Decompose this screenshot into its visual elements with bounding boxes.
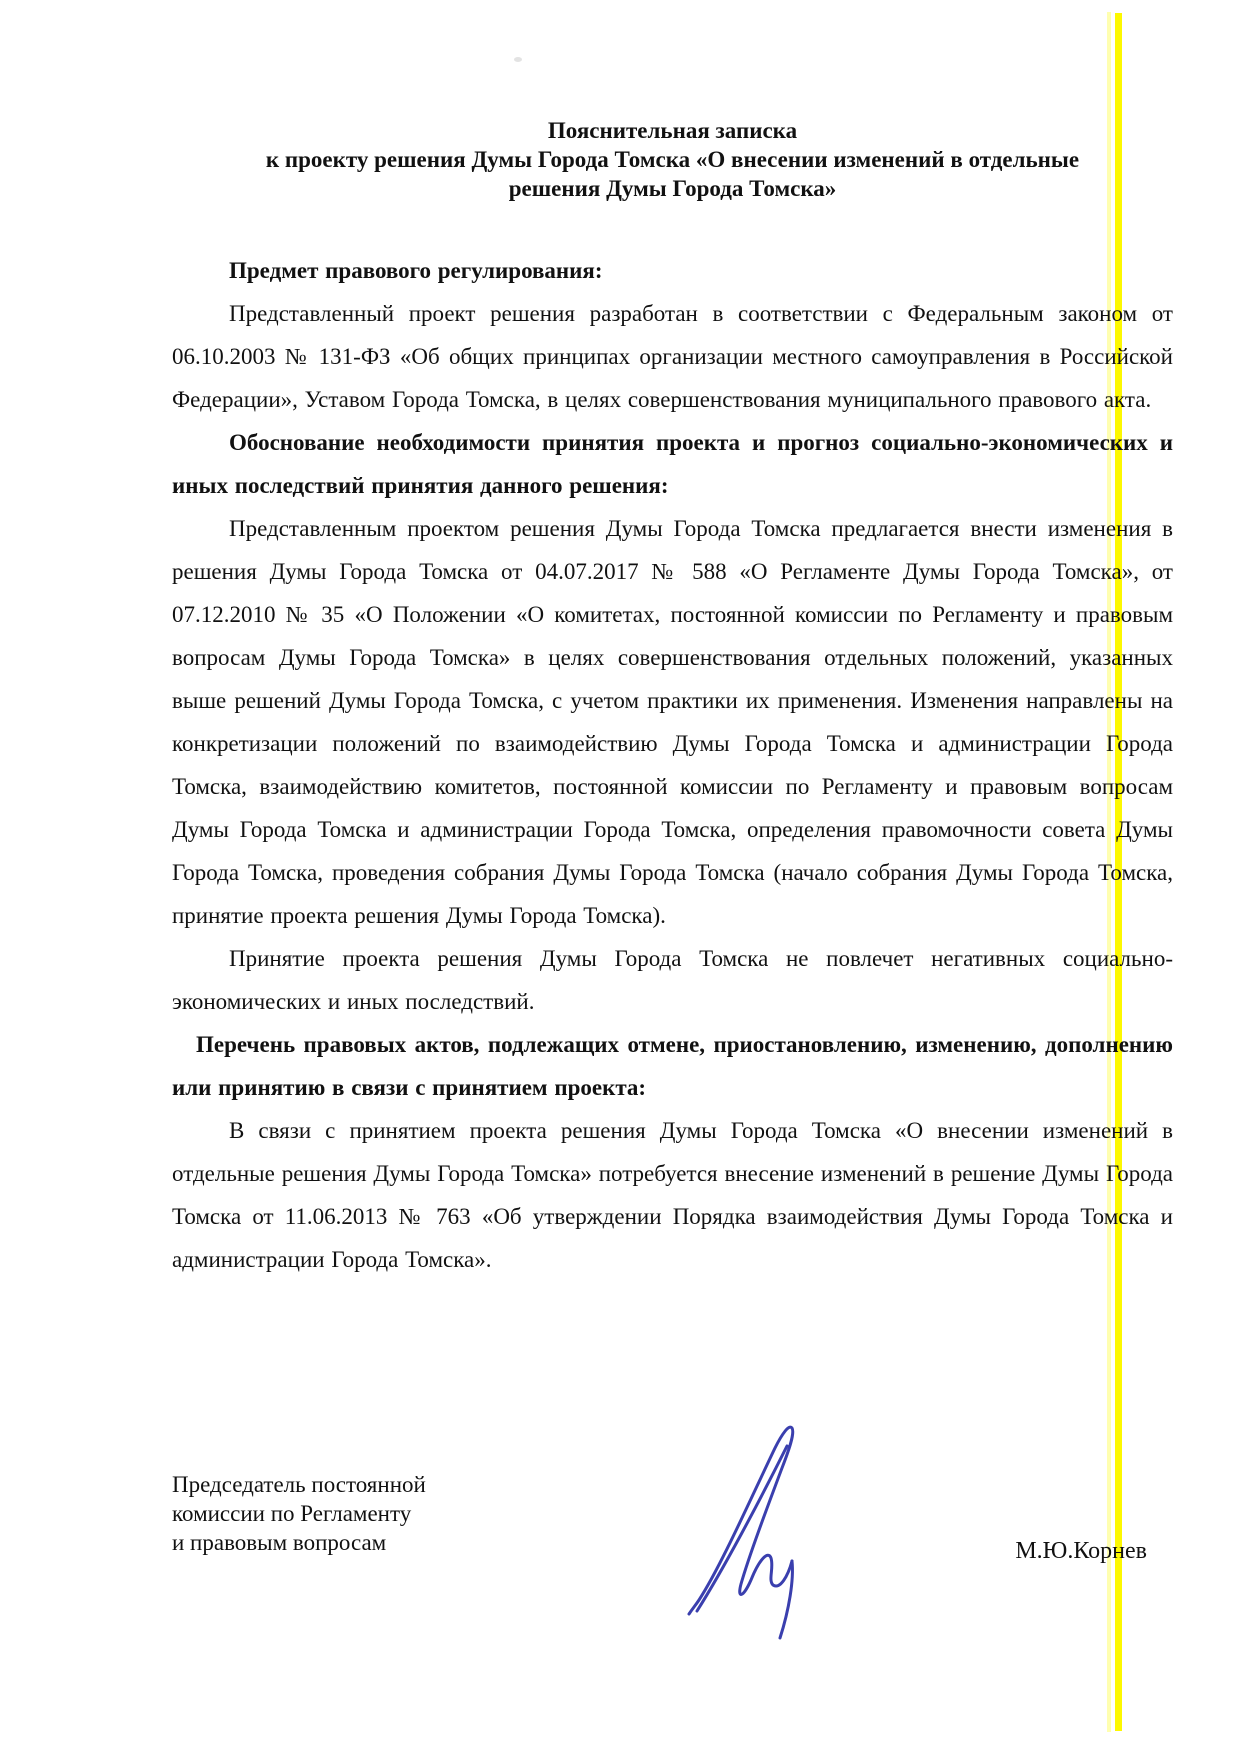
signatory-name: М.Ю.Корнев	[1015, 1538, 1147, 1565]
paragraph-subject: Представленный проект решения разработан…	[172, 292, 1173, 421]
handwritten-signature-ink	[677, 1418, 837, 1650]
title-line: решения Думы Города Томска»	[172, 174, 1173, 203]
signatory-position-line: комиссии по Регламенту	[172, 1499, 492, 1528]
section-heading-justification: Обоснование необходимости принятия проек…	[172, 421, 1173, 507]
section-heading-subject: Предмет правового регулирования:	[172, 249, 1173, 292]
paragraph-consequences: Принятие проекта решения Думы Города Том…	[172, 937, 1173, 1023]
signatory-position-line: и правовым вопросам	[172, 1528, 492, 1557]
paragraph-justification: Представленным проектом решения Думы Гор…	[172, 507, 1173, 937]
signatory-position-line: Председатель постоянной	[172, 1470, 492, 1499]
section-heading-acts-list: Перечень правовых актов, подлежащих отме…	[172, 1023, 1173, 1109]
document-title: Пояснительная записка к проекту решения …	[172, 116, 1173, 203]
document-content: Пояснительная записка к проекту решения …	[172, 0, 1173, 1281]
signature-block: Председатель постоянной комиссии по Регл…	[172, 1470, 1173, 1690]
document-body: Предмет правового регулирования: Предста…	[172, 249, 1173, 1281]
signatory-position: Председатель постоянной комиссии по Регл…	[172, 1470, 492, 1557]
signature-stroke-tail	[780, 1561, 792, 1638]
title-line: Пояснительная записка	[172, 116, 1173, 145]
document-page: Пояснительная записка к проекту решения …	[0, 0, 1240, 1753]
title-line: к проекту решения Думы Города Томска «О …	[172, 145, 1173, 174]
signature-stroke-main	[689, 1427, 793, 1614]
paragraph-acts-list: В связи с принятием проекта решения Думы…	[172, 1109, 1173, 1281]
